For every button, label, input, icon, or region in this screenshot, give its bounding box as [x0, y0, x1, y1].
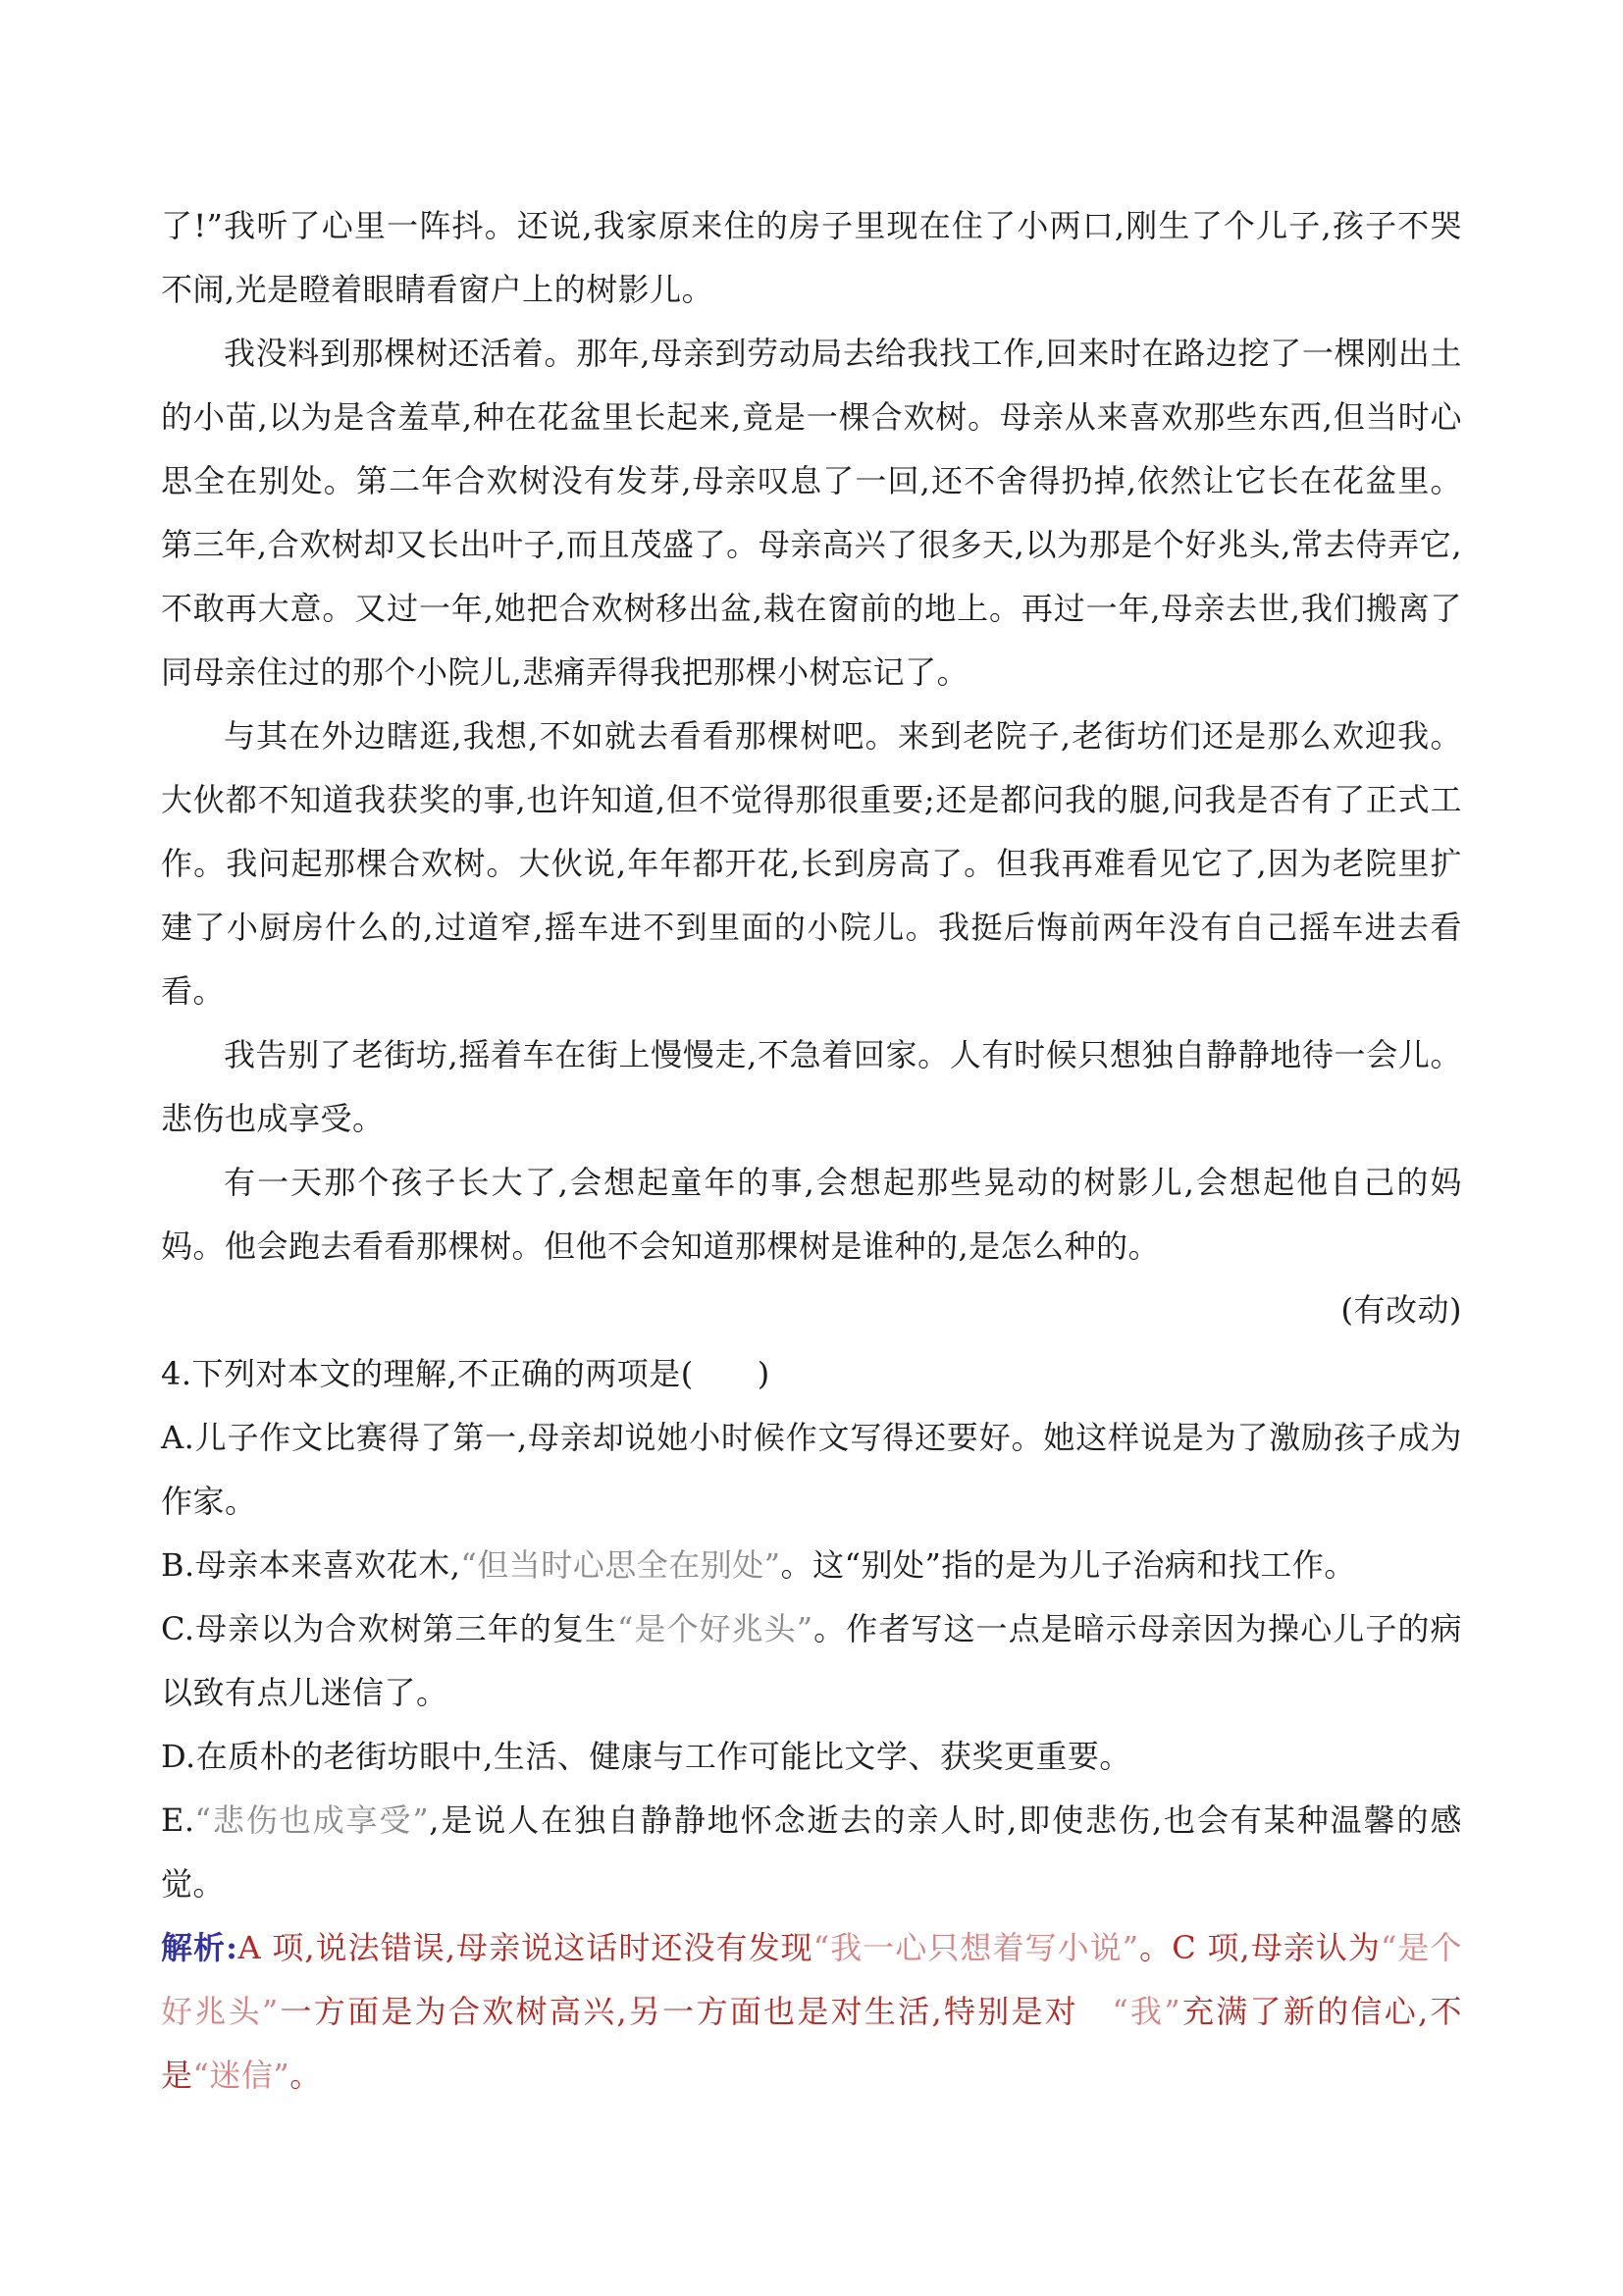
- option-e: E.“悲伤也成享受”,是说人在独自静静地怀念逝去的亲人时,即使悲伤,也会有某种温…: [161, 1789, 1462, 1916]
- text-segment: E.: [161, 1801, 195, 1839]
- text-segment: 。: [289, 2057, 322, 2094]
- text-segment: 一方面是为合欢树高兴,另一方面也是对生活,特别是对: [279, 1993, 1113, 2030]
- option-a: A.儿子作文比赛得了第一,母亲却说她小时候作文写得还要好。她这样说是为了激励孩子…: [161, 1406, 1462, 1534]
- analysis-section: 解析:A 项,说法错误,母亲说这话时还没有发现“我一心只想着写小说”。C 项,母…: [161, 1916, 1462, 2108]
- attribution-note: (有改动): [161, 1278, 1462, 1342]
- reading-passage: 了!”我听了心里一阵抖。还说,我家原来住的房子里现在住了小两口,刚生了个儿子,孩…: [161, 194, 1462, 1342]
- text-segment: “是个好兆头”: [617, 1610, 813, 1647]
- question-4: 4.下列对本文的理解,不正确的两项是( ) A.儿子作文比赛得了第一,母亲却说她…: [161, 1342, 1462, 1916]
- text-segment: B.母亲本来喜欢花木,: [161, 1546, 460, 1584]
- text-segment: “悲伤也成享受”: [195, 1801, 430, 1839]
- text-segment: C.母亲以为合欢树第三年的复生: [161, 1610, 617, 1647]
- passage-paragraph: 我没料到那棵树还活着。那年,母亲到劳动局去给我找工作,回来时在路边挖了一棵刚出土…: [161, 322, 1462, 704]
- question-stem: 4.下列对本文的理解,不正确的两项是( ): [161, 1342, 1462, 1406]
- option-d: D.在质朴的老街坊眼中,生活、健康与工作可能比文学、获奖更重要。: [161, 1725, 1462, 1789]
- passage-paragraph: 了!”我听了心里一阵抖。还说,我家原来住的房子里现在住了小两口,刚生了个儿子,孩…: [161, 194, 1462, 322]
- text-segment: D.在质朴的老街坊眼中,生活、健康与工作可能比文学、获奖更重要。: [161, 1738, 1131, 1775]
- passage-paragraph: 我告别了老街坊,摇着车在街上慢慢走,不急着回家。人有时候只想独自静静地待一会儿。…: [161, 1023, 1462, 1151]
- text-segment: A.儿子作文比赛得了第一,母亲却说她小时候作文写得还要好。她这样说是为了激励孩子…: [161, 1419, 1462, 1520]
- document-page: 了!”我听了心里一阵抖。还说,我家原来住的房子里现在住了小两口,刚生了个儿子,孩…: [0, 0, 1623, 2296]
- text-segment: 解析:: [161, 1929, 237, 1966]
- passage-paragraph: 与其在外边瞎逛,我想,不如就去看看那棵树吧。来到老院子,老街坊们还是那么欢迎我。…: [161, 704, 1462, 1023]
- text-segment: A 项,说法错误,母亲说这话时还没有发现: [237, 1929, 812, 1966]
- text-segment: “但当时心思全在别处”: [460, 1546, 780, 1584]
- option-c: C.母亲以为合欢树第三年的复生“是个好兆头”。作者写这一点是暗示母亲因为操心儿子…: [161, 1597, 1462, 1725]
- text-segment: 。这“别处”指的是为儿子治病和找工作。: [781, 1546, 1356, 1584]
- option-b: B.母亲本来喜欢花木,“但当时心思全在别处”。这“别处”指的是为儿子治病和找工作…: [161, 1534, 1462, 1597]
- text-segment: “我一心只想着写小说”: [813, 1929, 1139, 1966]
- text-segment: “迷信”: [193, 2057, 290, 2094]
- passage-paragraph: 有一天那个孩子长大了,会想起童年的事,会想起那些晃动的树影儿,会想起他自己的妈妈…: [161, 1151, 1462, 1278]
- text-segment: 。C 项,母亲认为: [1139, 1929, 1381, 1966]
- text-segment: “我”: [1112, 1993, 1180, 2030]
